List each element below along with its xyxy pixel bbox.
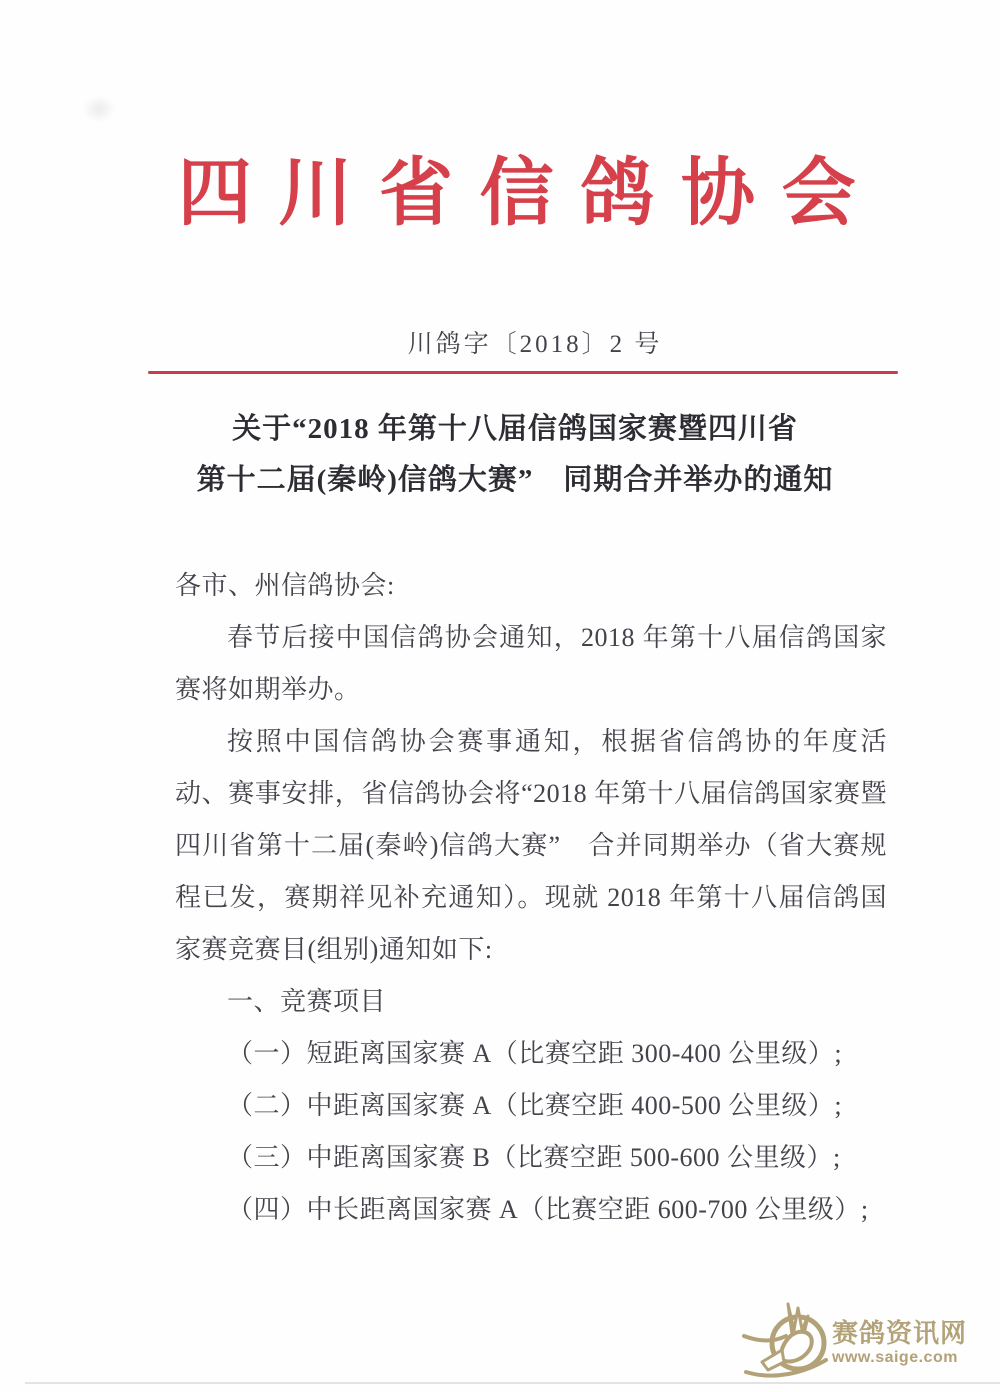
salutation: 各市、州信鸽协会: — [175, 560, 887, 612]
org-name-heading: 四川省信鸽协会 — [60, 152, 1000, 237]
document-page: 四川省信鸽协会 川鸽字〔2018〕2 号 关于“2018 年第十八届信鸽国家赛暨… — [0, 0, 1000, 1392]
watermark-site-name: 赛鸽资讯网 — [832, 1318, 972, 1348]
watermark-site-url: www.saige.com — [832, 1348, 972, 1368]
scan-smudge — [82, 95, 116, 123]
competition-item-1: （一）短距离国家赛 A（比赛空距 300-400 公里级）; — [175, 1028, 887, 1080]
paragraph-1: 春节后接中国信鸽协会通知，2018 年第十八届信鸽国家赛将如期举办。 — [175, 612, 887, 716]
page-bottom-edge-line — [25, 1382, 1000, 1384]
document-body: 各市、州信鸽协会: 春节后接中国信鸽协会通知，2018 年第十八届信鸽国家赛将如… — [175, 560, 887, 1236]
watermark-text: 赛鸽资讯网 www.saige.com — [832, 1318, 972, 1368]
red-divider-line — [148, 371, 898, 374]
competition-item-3: （三）中距离国家赛 B（比赛空距 500-600 公里级）; — [175, 1132, 887, 1184]
competition-item-2: （二）中距离国家赛 A（比赛空距 400-500 公里级）; — [175, 1080, 887, 1132]
competition-item-4: （四）中长距离国家赛 A（比赛空距 600-700 公里级）; — [175, 1184, 887, 1236]
doc-number: 川鸽字〔2018〕2 号 — [70, 324, 1000, 360]
saige-watermark: 赛鸽资讯网 www.saige.com — [742, 1296, 972, 1384]
paragraph-2: 按照中国信鸽协会赛事通知，根据省信鸽协的年度活动、赛事安排，省信鸽协会将“201… — [175, 716, 887, 976]
document-title-line1: 关于“2018 年第十八届信鸽国家赛暨四川省 — [145, 404, 885, 455]
section-heading: 一、竞赛项目 — [175, 976, 887, 1028]
document-title: 关于“2018 年第十八届信鸽国家赛暨四川省 第十二届(秦岭)信鸽大赛” 同期合… — [145, 404, 885, 506]
pigeon-logo-icon — [742, 1296, 834, 1384]
document-title-line2: 第十二届(秦岭)信鸽大赛” 同期合并举办的通知 — [145, 455, 885, 506]
